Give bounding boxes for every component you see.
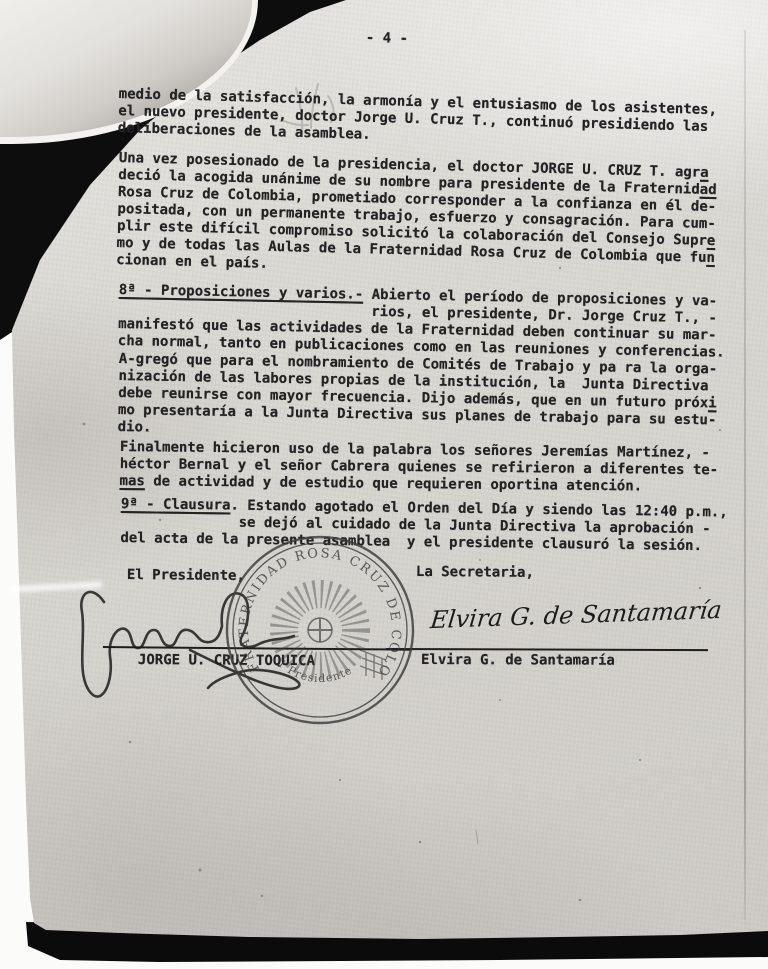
page-number: - 4 - [366,30,409,48]
secretary-label: La Secretaria, [416,564,534,582]
paragraph-clausura: 9ª - Clausura. Estando agotado el Orden … [120,496,728,555]
paragraph-proposiciones: 8ª - Proposiciones y varios.- Abierto el… [118,282,726,362]
paragraph-finalmente: Finalmente hicieron uso de la palabra lo… [119,439,718,496]
scanned-document-photo: - 4 - medio de la satisfacción, la armon… [0,0,768,969]
paragraph-posesion: Una vez posesionado de la presidencia, e… [116,150,717,284]
secretary-typed-name: Elvira G. de Santamaría [421,652,615,670]
fraternity-seal-stamp: FRATERNIDAD ROSA CRUZ DE COLOMBIA 1 Pres… [222,532,418,728]
paragraph-agrego: A-gregó que para el nombramiento de Comi… [118,351,718,446]
